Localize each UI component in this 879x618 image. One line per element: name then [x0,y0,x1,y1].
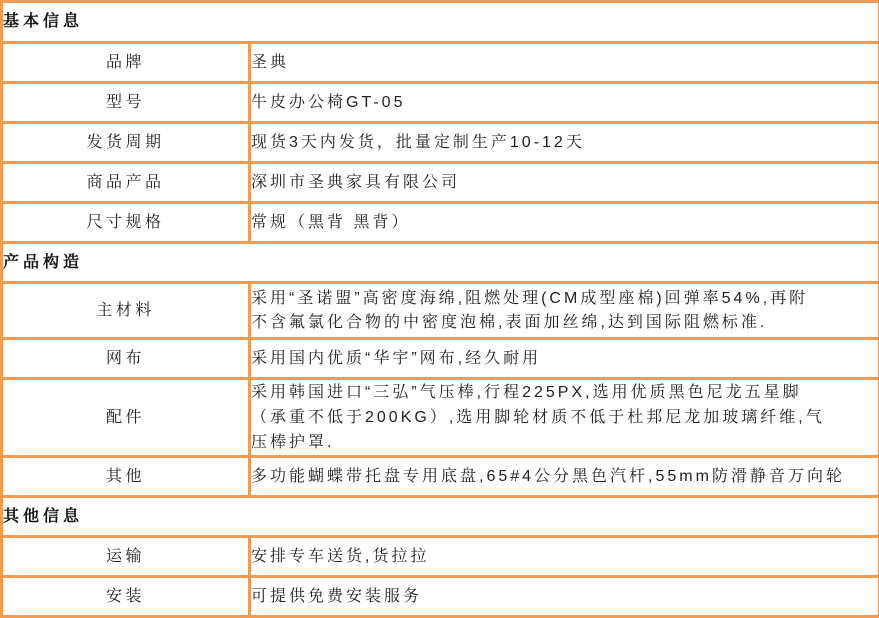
row-value-brand: 圣典 [250,43,879,83]
row-value-line: 现货3天内发货，批量定制生产10-12天 [251,131,878,155]
row-value-line: （承重不低于200KG）,选用脚轮材质不低于杜邦尼龙加玻璃纤维,气 [251,405,878,430]
row-value-size-spec: 常规（黑背 黑背） [250,203,879,243]
row-value-other: 多功能蝴蝶带托盘专用底盘,65#4公分黑色汽杆,55mm防滑静音万向轮 [250,457,879,497]
table-row-size-spec: 尺寸规格 常规（黑背 黑背） [2,203,879,243]
row-value-delivery-cycle: 现货3天内发货，批量定制生产10-12天 [250,123,879,163]
row-value-line: 多功能蝴蝶带托盘专用底盘,65#4公分黑色汽杆,55mm防滑静音万向轮 [251,465,878,489]
row-value-manufacturer: 深圳市圣典家具有限公司 [250,163,879,203]
row-label-size-spec: 尺寸规格 [2,203,250,243]
row-label-main-material: 主材料 [2,283,250,339]
table-row-other: 其他 多功能蝴蝶带托盘专用底盘,65#4公分黑色汽杆,55mm防滑静音万向轮 [2,457,879,497]
section-title-other-info: 其他信息 [2,497,879,537]
product-spec-table: 基本信息 品牌 圣典 型号 牛皮办公椅GT-05 发货周期 现货3天内发货，批量… [0,0,879,616]
table-row-accessories: 配件 采用韩国进口“三弘”气压棒,行程225PX,选用优质黑色尼龙五星脚 （承重… [2,379,879,457]
table-row-brand: 品牌 圣典 [2,43,879,83]
table-row-delivery-cycle: 发货周期 现货3天内发货，批量定制生产10-12天 [2,123,879,163]
section-header-row-other-info: 其他信息 [2,497,879,537]
row-value-line: 采用国内优质“华宇”网布,经久耐用 [251,347,878,371]
row-value-line: 安排专车送货,货拉拉 [251,545,878,569]
row-value-shipping: 安排专车送货,货拉拉 [250,537,879,577]
table-row-model: 型号 牛皮办公椅GT-05 [2,83,879,123]
row-label-model: 型号 [2,83,250,123]
table-row-mesh-fabric: 网布 采用国内优质“华宇”网布,经久耐用 [2,339,879,379]
row-label-accessories: 配件 [2,379,250,457]
row-label-delivery-cycle: 发货周期 [2,123,250,163]
section-header-row-basic-info: 基本信息 [2,2,879,43]
row-value-line: 常规（黑背 黑背） [251,211,878,235]
row-label-shipping: 运输 [2,537,250,577]
row-value-accessories: 采用韩国进口“三弘”气压棒,行程225PX,选用优质黑色尼龙五星脚 （承重不低于… [250,379,879,457]
row-value-installation: 可提供免费安装服务 [250,577,879,617]
row-label-installation: 安装 [2,577,250,617]
row-label-manufacturer: 商品产品 [2,163,250,203]
row-value-line: 压棒护罩. [251,430,878,455]
row-value-line: 可提供免费安装服务 [251,585,878,609]
section-header-row-construction: 产品构造 [2,243,879,283]
row-value-main-material: 采用“圣诺盟”高密度海绵,阻燃处理(CM成型座棉)回弹率54%,再附 不含氟氯化… [250,283,879,339]
row-label-brand: 品牌 [2,43,250,83]
table-row-manufacturer: 商品产品 深圳市圣典家具有限公司 [2,163,879,203]
table-row-shipping: 运输 安排专车送货,货拉拉 [2,537,879,577]
row-value-line: 采用韩国进口“三弘”气压棒,行程225PX,选用优质黑色尼龙五星脚 [251,380,878,405]
row-value-line: 牛皮办公椅GT-05 [251,91,878,115]
row-value-line: 不含氟氯化合物的中密度泡棉,表面加丝绵,达到国际阻燃标准. [251,311,878,335]
row-value-mesh-fabric: 采用国内优质“华宇”网布,经久耐用 [250,339,879,379]
row-value-line: 圣典 [251,51,878,75]
section-title-basic-info: 基本信息 [2,2,879,43]
row-label-other: 其他 [2,457,250,497]
table-row-installation: 安装 可提供免费安装服务 [2,577,879,617]
table-row-main-material: 主材料 采用“圣诺盟”高密度海绵,阻燃处理(CM成型座棉)回弹率54%,再附 不… [2,283,879,339]
row-value-model: 牛皮办公椅GT-05 [250,83,879,123]
row-label-mesh-fabric: 网布 [2,339,250,379]
row-value-line: 深圳市圣典家具有限公司 [251,171,878,195]
row-value-line: 采用“圣诺盟”高密度海绵,阻燃处理(CM成型座棉)回弹率54%,再附 [251,287,878,311]
section-title-construction: 产品构造 [2,243,879,283]
